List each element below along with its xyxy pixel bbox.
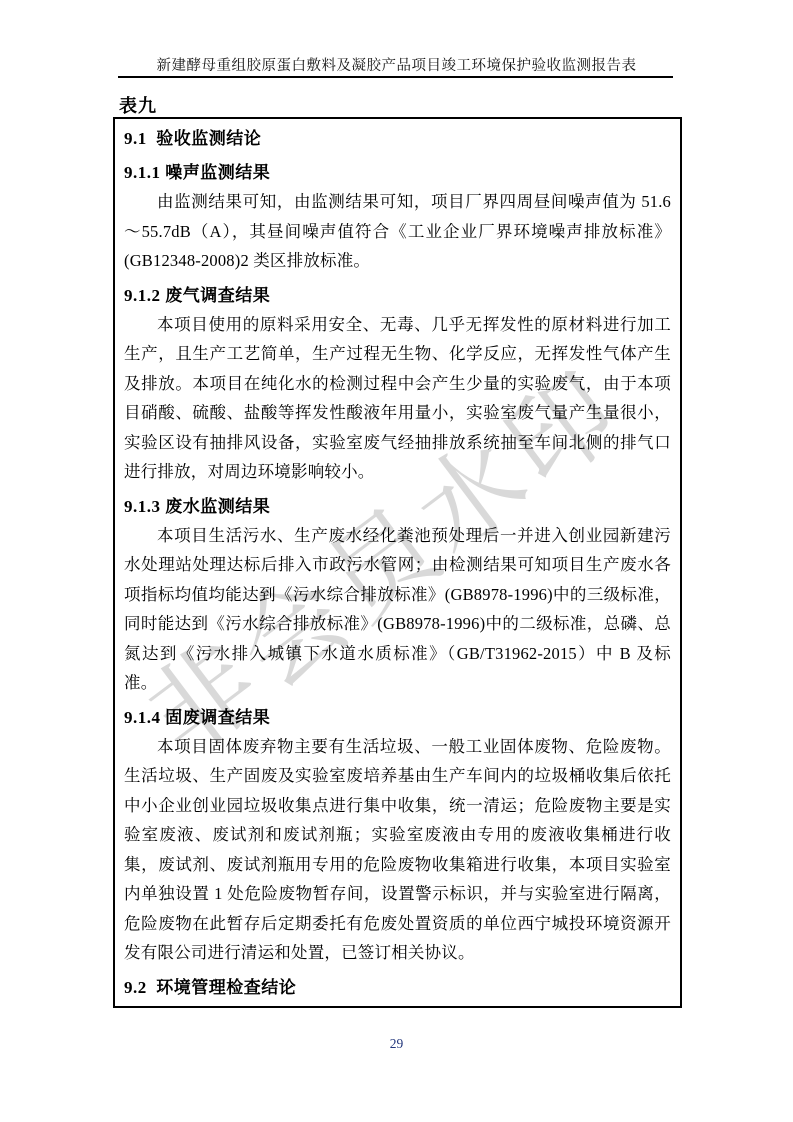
table-content: 9.1 验收监测结论 9.1.1 噪声监测结果 由监测结果可知，由监测结果可知，… xyxy=(124,124,671,1008)
section-9-1-2: 9.1.2 废气调查结果 本项目使用的原料采用安全、无毒、几乎无挥发性的原材料进… xyxy=(124,281,671,487)
section-9-1-4-heading: 9.1.4 固废调查结果 xyxy=(124,703,671,732)
section-9-2-heading: 9.2 环境管理检查结论 xyxy=(124,973,671,1002)
section-9-1-1: 9.1.1 噪声监测结果 由监测结果可知，由监测结果可知，项目厂界四周昼间噪声值… xyxy=(124,158,671,276)
section-9-1-1-body: 由监测结果可知，由监测结果可知，项目厂界四周昼间噪声值为 51.6～55.7dB… xyxy=(124,187,671,276)
section-9-1-3-body: 本项目生活污水、生产废水经化粪池预处理后一并进入创业园新建污水处理站处理达标后排… xyxy=(124,521,671,698)
section-9-1-3: 9.1.3 废水监测结果 本项目生活污水、生产废水经化粪池预处理后一并进入创业园… xyxy=(124,492,671,698)
section-9-1-4: 9.1.4 固废调查结果 本项目固体废弃物主要有生活垃圾、一般工业固体废物、危险… xyxy=(124,703,671,968)
document-header-title: 新建酵母重组胶原蛋白敷料及凝胶产品项目竣工环境保护验收监测报告表 xyxy=(0,54,793,75)
section-9-1-heading: 9.1 验收监测结论 xyxy=(124,124,671,153)
section-9-1-2-body: 本项目使用的原料采用安全、无毒、几乎无挥发性的原材料进行加工生产，且生产工艺简单… xyxy=(124,310,671,487)
section-9-2-body: 本项目根据《中华人民共和国环境保护法》和《建设项目环境保护管理办法》的规定进行了… xyxy=(124,1002,671,1009)
header-rule xyxy=(118,76,673,78)
section-9-1-3-heading: 9.1.3 废水监测结果 xyxy=(124,492,671,521)
section-9-2: 9.2 环境管理检查结论 本项目根据《中华人民共和国环境保护法》和《建设项目环境… xyxy=(124,973,671,1009)
section-9-1: 9.1 验收监测结论 xyxy=(124,124,671,153)
report-table: 9.1 验收监测结论 9.1.1 噪声监测结果 由监测结果可知，由监测结果可知，… xyxy=(113,117,682,1008)
section-9-1-1-heading: 9.1.1 噪声监测结果 xyxy=(124,158,671,187)
document-page: 新建酵母重组胶原蛋白敷料及凝胶产品项目竣工环境保护验收监测报告表 表九 非会员水… xyxy=(0,0,793,1122)
table-label: 表九 xyxy=(119,92,157,118)
section-9-1-2-heading: 9.1.2 废气调查结果 xyxy=(124,281,671,310)
page-number: 29 xyxy=(0,1036,793,1052)
section-9-1-4-body: 本项目固体废弃物主要有生活垃圾、一般工业固体废物、危险废物。生活垃圾、生产固废及… xyxy=(124,732,671,968)
